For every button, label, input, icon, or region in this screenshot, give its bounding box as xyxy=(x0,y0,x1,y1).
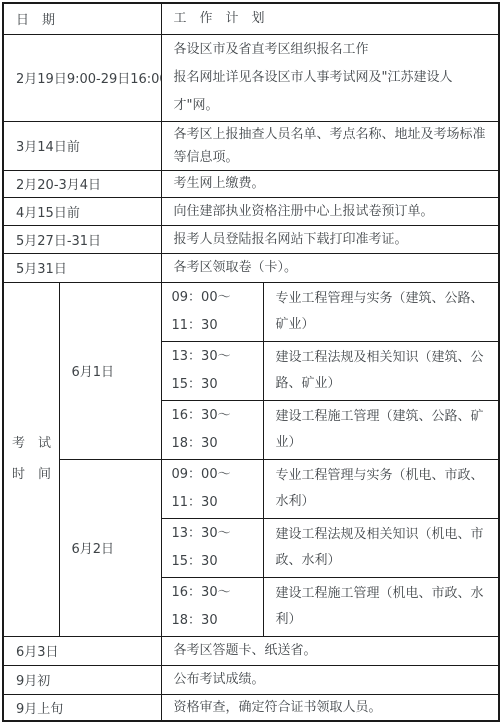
exam-time-cell: 13：30～15：30 xyxy=(161,518,263,577)
date-cell: 5月31日 xyxy=(3,253,161,282)
exam-label-line: 考 试 xyxy=(12,428,58,459)
exam-subject-cell: 建设工程法规及相关知识（建筑、公路、矿业） xyxy=(263,341,499,400)
exam-row: 6月2日 09：00～11：30 专业工程管理与实务（机电、市政、水利） xyxy=(3,459,499,518)
table-row: 5月31日 各考区领取卷（卡）。 xyxy=(3,253,499,282)
header-row: 日 期 工 作 计 划 xyxy=(3,3,499,34)
header-date: 日 期 xyxy=(3,3,161,34)
plan-cell: 向住建部执业资格注册中心上报试卷预订单。 xyxy=(161,197,499,225)
date-cell: 3月14日前 xyxy=(3,121,161,170)
exam-day-cell: 6月2日 xyxy=(59,459,161,636)
plan-cell: 各设区市及省直考区组织报名工作 报名网址详见各设区市人事考试网及"江苏建设人才"… xyxy=(161,34,499,121)
plan-cell: 各考区上报抽查人员名单、考点名称、地址及考场标准等信息项。 xyxy=(161,121,499,170)
table-row: 4月15日前 向住建部执业资格注册中心上报试卷预订单。 xyxy=(3,197,499,225)
exam-subject-cell: 专业工程管理与实务（建筑、公路、矿业） xyxy=(263,282,499,341)
table-row: 9月上旬 资格审查，确定符合证书领取人员。 xyxy=(3,694,499,721)
table-row: 2月19日9:00-29日16:00 各设区市及省直考区组织报名工作 报名网址详… xyxy=(3,34,499,121)
date-cell: 6月3日 xyxy=(3,636,161,665)
plan-cell: 资格审查，确定符合证书领取人员。 xyxy=(161,694,499,721)
exam-row: 考 试 时 间 6月1日 09：00～11：30 专业工程管理与实务（建筑、公路… xyxy=(3,282,499,341)
plan-line: 报名网址详见各设区市人事考试网及"江苏建设人才"网。 xyxy=(174,64,489,120)
exam-time-cell: 16：30～18：30 xyxy=(161,400,263,459)
date-cell: 2月20-3月4日 xyxy=(3,170,161,197)
exam-time-cell: 13：30～15：30 xyxy=(161,341,263,400)
schedule-table: 日 期 工 作 计 划 2月19日9:00-29日16:00 各设区市及省直考区… xyxy=(2,2,500,722)
exam-subject-cell: 专业工程管理与实务（机电、市政、水利） xyxy=(263,459,499,518)
date-cell: 5月27日-31日 xyxy=(3,225,161,253)
table-row: 5月27日-31日 报考人员登陆报名网站下载打印准考证。 xyxy=(3,225,499,253)
date-cell: 9月上旬 xyxy=(3,694,161,721)
plan-line: 各设区市及省直考区组织报名工作 xyxy=(174,36,489,64)
date-cell: 9月初 xyxy=(3,665,161,694)
exam-day-cell: 6月1日 xyxy=(59,282,161,459)
table-row: 2月20-3月4日 考生网上缴费。 xyxy=(3,170,499,197)
plan-cell: 各考区领取卷（卡）。 xyxy=(161,253,499,282)
table-row: 9月初 公布考试成绩。 xyxy=(3,665,499,694)
date-cell: 2月19日9:00-29日16:00 xyxy=(3,34,161,121)
exam-subject-cell: 建设工程法规及相关知识（机电、市政、水利） xyxy=(263,518,499,577)
exam-section-label: 考 试 时 间 xyxy=(3,282,59,636)
date-cell: 4月15日前 xyxy=(3,197,161,225)
header-plan: 工 作 计 划 xyxy=(161,3,499,34)
page: 日 期 工 作 计 划 2月19日9:00-29日16:00 各设区市及省直考区… xyxy=(0,0,500,724)
plan-cell: 考生网上缴费。 xyxy=(161,170,499,197)
plan-cell: 公布考试成绩。 xyxy=(161,665,499,694)
exam-time-cell: 16：30～18：30 xyxy=(161,577,263,636)
exam-label-line: 时 间 xyxy=(12,459,58,490)
exam-time-cell: 09：00～11：30 xyxy=(161,459,263,518)
table-row: 3月14日前 各考区上报抽查人员名单、考点名称、地址及考场标准等信息项。 xyxy=(3,121,499,170)
exam-time-cell: 09：00～11：30 xyxy=(161,282,263,341)
exam-subject-cell: 建设工程施工管理（建筑、公路、矿业） xyxy=(263,400,499,459)
plan-cell: 报考人员登陆报名网站下载打印准考证。 xyxy=(161,225,499,253)
table-row: 6月3日 各考区答题卡、纸送省。 xyxy=(3,636,499,665)
plan-cell: 各考区答题卡、纸送省。 xyxy=(161,636,499,665)
exam-subject-cell: 建设工程施工管理（机电、市政、水利） xyxy=(263,577,499,636)
